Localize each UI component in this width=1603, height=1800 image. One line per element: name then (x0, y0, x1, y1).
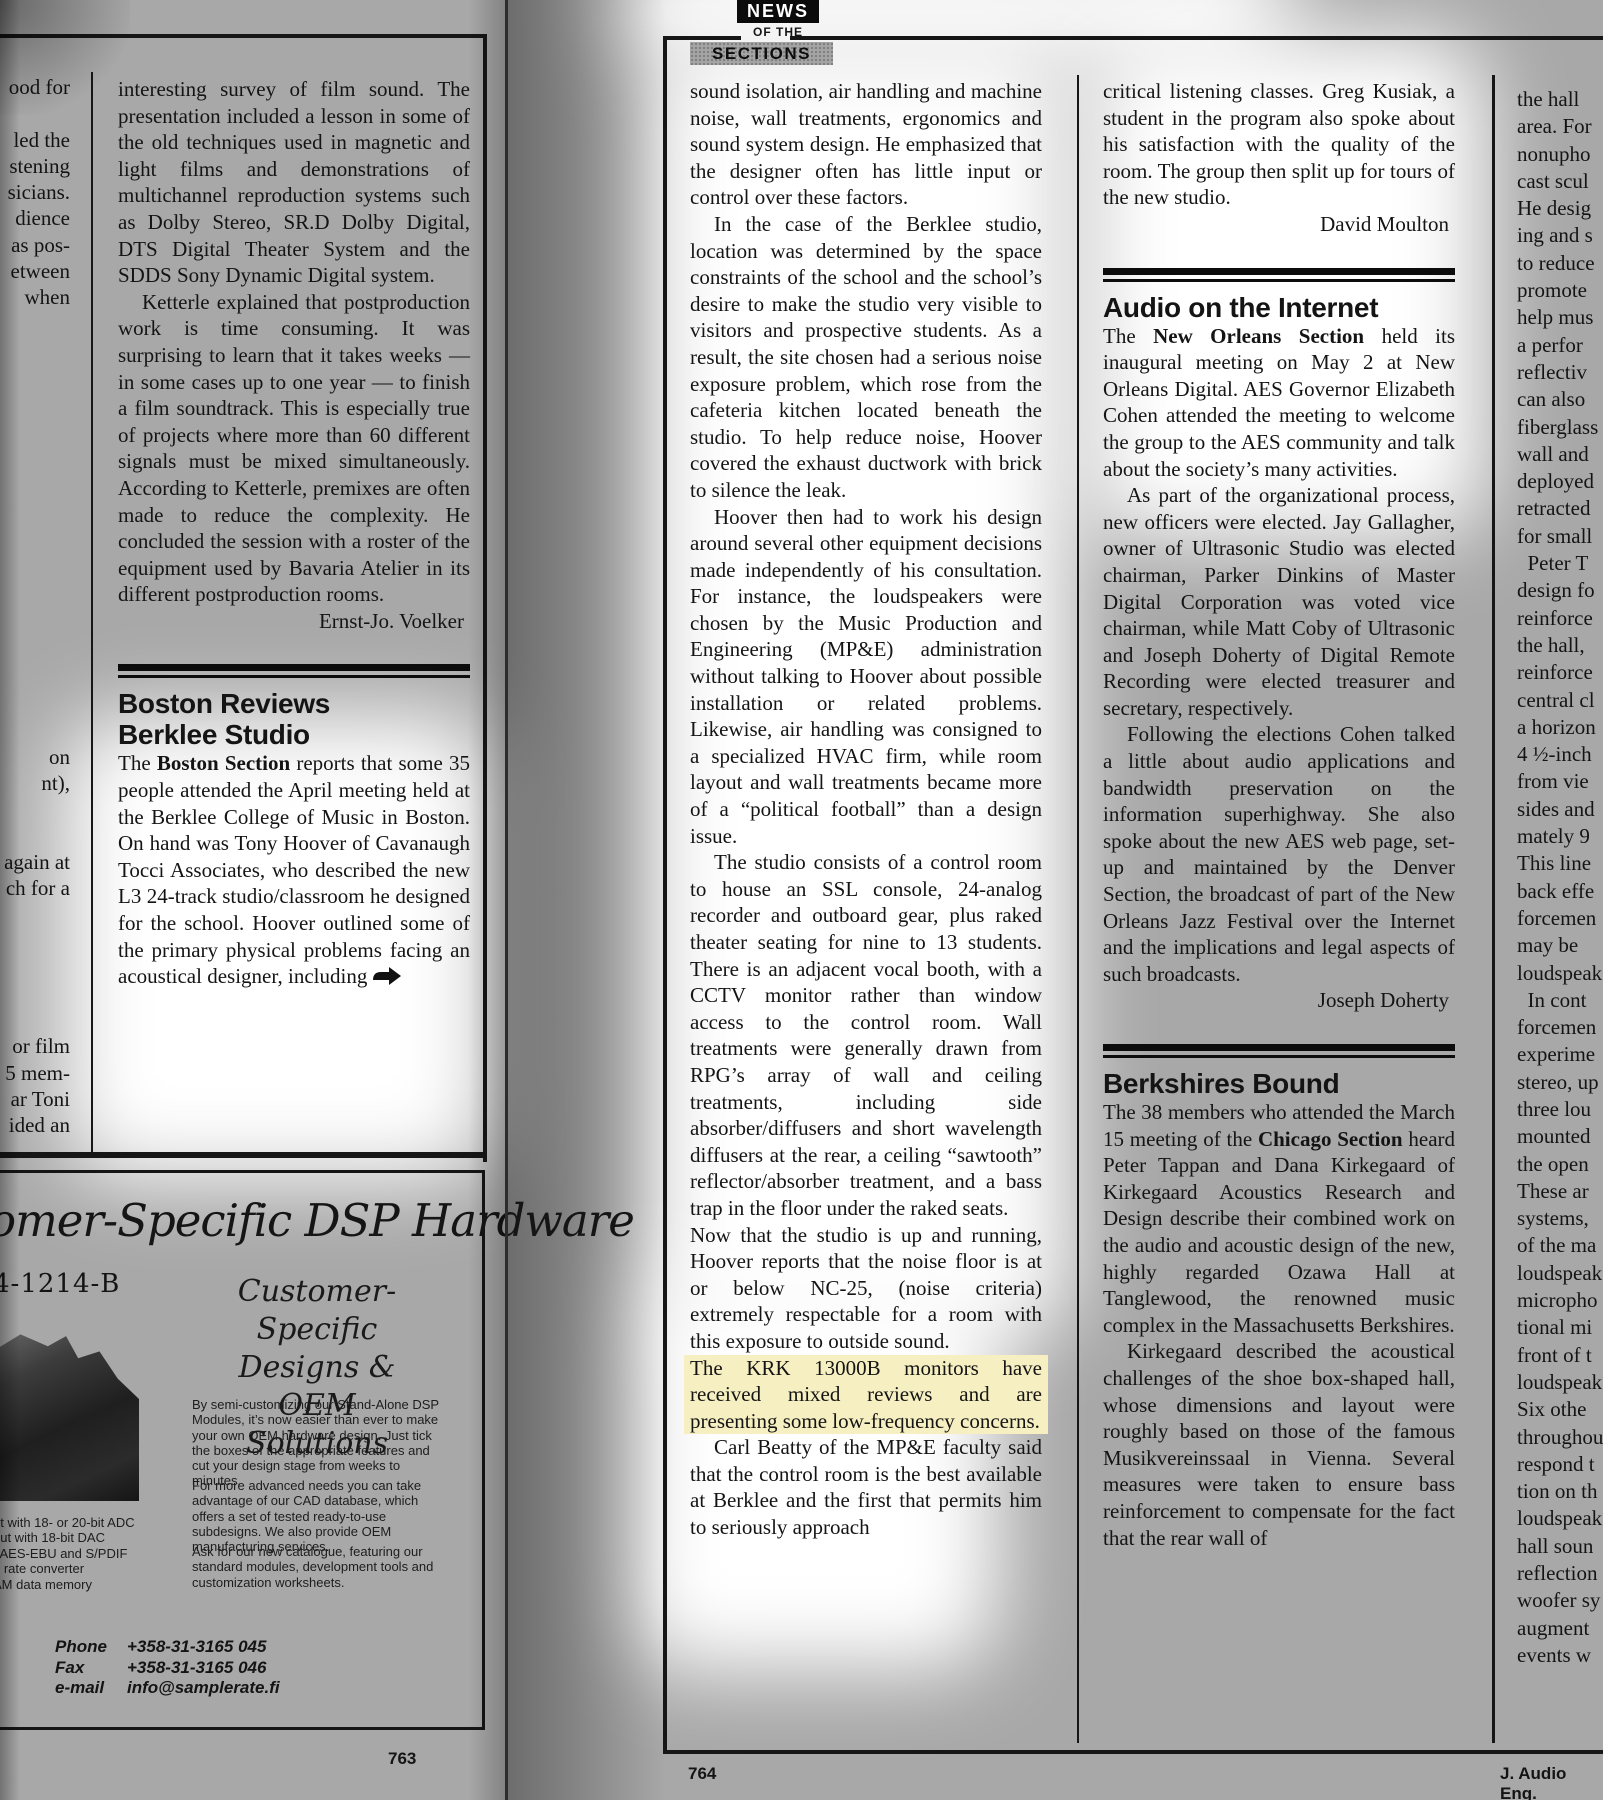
boston-section-title: Boston Reviews Berklee Studio (118, 688, 470, 750)
berkshires-p1-bold: Chicago Section (1258, 1127, 1403, 1151)
byline-joseph-doherty: Joseph Doherty (1103, 987, 1455, 1014)
ad-contact-phone: Phone +358-31-3165 045 (55, 1637, 280, 1658)
page764-left-border (663, 36, 667, 1752)
byline-ernst-jo-voelker: Ernst-Jo. Voelker (118, 608, 470, 635)
column3-fragment-line: This line (1517, 850, 1603, 877)
email-value: info@samplerate.fi (127, 1678, 280, 1699)
section-rule (1103, 1044, 1455, 1058)
phone-value: +358-31-3165 045 (127, 1637, 266, 1658)
article-paragraph: The studio consists of a control room to… (690, 849, 1042, 1221)
page-spine-line (505, 0, 508, 1800)
edge-fragment-line: or film (0, 1033, 70, 1059)
ad-headline: omer-Specific DSP Hardware (0, 1195, 479, 1247)
berkshires-bound-title: Berkshires Bound (1103, 1068, 1455, 1099)
edge-fragment-line (0, 902, 70, 928)
column3-fragment-line: deployed (1517, 468, 1603, 495)
edge-fragment-line: ided an (0, 1112, 70, 1138)
page763-main-column: interesting survey of film sound. The pr… (118, 76, 470, 990)
edge-fragment-line: as pos- (0, 232, 70, 258)
ad-feature-line: put with 18-bit DAC (0, 1530, 188, 1545)
krk-highlighted-sentence: The KRK 13000B monitors have received mi… (690, 1355, 1042, 1435)
ad-contact-fax: Fax +358-31-3165 046 (55, 1658, 280, 1679)
edge-fragment-line (0, 1007, 70, 1033)
byline-david-moulton: David Moulton (1103, 211, 1455, 238)
ad-feature-line: ut with 18- or 20-bit ADC (0, 1515, 188, 1530)
column3-fragment-line: three lou (1517, 1096, 1603, 1123)
sections-banner: SECTIONS (690, 42, 833, 65)
edge-fragment-line: 5 mem- (0, 1060, 70, 1086)
page764-column-rule-2 (1492, 75, 1495, 1743)
boston-body-bold: Boston Section (157, 751, 290, 775)
page763-top-border (0, 34, 487, 38)
news-banner: NEWS (737, 0, 819, 23)
edge-fragment-line (0, 981, 70, 1007)
section-rule (118, 664, 470, 678)
column3-fragment-line: fiberglass (1517, 414, 1603, 441)
page764-top-border-left (663, 36, 741, 40)
column3-fragment-line: reflectiv (1517, 359, 1603, 386)
edge-fragment-line (0, 100, 70, 126)
edge-fragment-line: stening (0, 153, 70, 179)
edge-fragment-line: ood for (0, 74, 70, 100)
column3-fragment-line: loudspeak (1517, 1260, 1603, 1287)
column3-fragment-line: forcemen (1517, 1014, 1603, 1041)
column3-fragment-line: loudspeak (1517, 1505, 1603, 1532)
ad-feature-line: AM data memory (0, 1577, 188, 1592)
edge-fragment-line: led the (0, 127, 70, 153)
audio-internet-paragraph: As part of the organizational process, n… (1103, 482, 1455, 721)
column3-fragment-line: design fo (1517, 577, 1603, 604)
column3-fragment-line: help mus (1517, 304, 1603, 331)
page763-edge-fragments-top: ood forled thesteningsicians.dienceas po… (0, 74, 70, 311)
column3-fragment-line: stereo, up (1517, 1069, 1603, 1096)
boston-section-body: The Boston Section reports that some 35 … (118, 750, 470, 989)
edge-fragment-line: ch for a (0, 875, 70, 901)
ad-model-number: 4-1214-B (0, 1273, 120, 1295)
ad-script-line1: Customer- Specific (197, 1273, 437, 1349)
column3-fragment-line: loudspeak (1517, 960, 1603, 987)
ad-contact-email: e-mail info@samplerate.fi (55, 1678, 280, 1699)
page763-right-border (483, 34, 487, 1162)
edge-fragment-line: nt), (0, 770, 70, 796)
phone-label: Phone (55, 1637, 127, 1658)
continued-arrow-icon (372, 967, 402, 985)
page764-top-border-right (790, 36, 1603, 40)
berkshires-paragraph: Kirkegaard described the acoustical chal… (1103, 1338, 1455, 1551)
audio-p1-bold: New Orleans Section (1153, 324, 1364, 348)
edge-fragment-line (0, 823, 70, 849)
scanned-journal-spread: NEWS OF THE SECTIONS ood forled thesteni… (0, 0, 1603, 1800)
column3-fragment-line: forcemen (1517, 905, 1603, 932)
column3-fragment-line: from vie (1517, 768, 1603, 795)
audio-internet-paragraph: Following the elections Cohen talked a l… (1103, 721, 1455, 987)
column3-fragment-line: central cl (1517, 687, 1603, 714)
ad-feature-line: ; AES-EBU and S/PDIF (0, 1546, 188, 1561)
column3-fragment-line: experime (1517, 1041, 1603, 1068)
edge-fragment-line: sicians. (0, 179, 70, 205)
berkshires-p1-post: heard Peter Tappan and Dana Kirkegaard o… (1103, 1127, 1455, 1337)
page764-column3-fragments: the hallarea. Fornonuphocast sculHe desi… (1517, 86, 1603, 1669)
column3-fragment-line: micropho (1517, 1287, 1603, 1314)
column3-fragment-line: the open (1517, 1151, 1603, 1178)
column3-fragment-line: can also (1517, 386, 1603, 413)
column3-fragment-line: systems, (1517, 1205, 1603, 1232)
column3-fragment-line: reinforce (1517, 605, 1603, 632)
edge-fragment-line: ar Toni (0, 1086, 70, 1112)
ad-contact-block: Phone +358-31-3165 045 Fax +358-31-3165 … (55, 1637, 280, 1699)
column3-fragment-line: back effe (1517, 878, 1603, 905)
column3-fragment-line: Six othe (1517, 1396, 1603, 1423)
page764-column1: sound isolation, air handling and machin… (690, 78, 1042, 1541)
column3-fragment-line: mately 9 (1517, 823, 1603, 850)
edge-fragment-line: when (0, 284, 70, 310)
boston-title-line1: Boston Reviews (118, 688, 470, 719)
column3-fragment-line: may be (1517, 932, 1603, 959)
column3-fragment-line: He desig (1517, 195, 1603, 222)
edge-fragment-line: dience (0, 205, 70, 231)
dsp-module-photo (0, 1331, 139, 1501)
edge-fragment-line: etween (0, 258, 70, 284)
article-paragraph: interesting survey of film sound. The pr… (118, 76, 470, 289)
berkshires-paragraph: The 38 members who attended the March 15… (1103, 1099, 1455, 1338)
column3-fragment-line: In cont (1517, 987, 1603, 1014)
column3-fragment-line: events w (1517, 1642, 1603, 1669)
fax-label: Fax (55, 1658, 127, 1679)
audio-internet-paragraph: The New Orleans Section held its inaugur… (1103, 323, 1455, 483)
ad-paragraph: Ask for our new catalogue, featuring our… (192, 1544, 444, 1590)
column3-fragment-line: wall and (1517, 441, 1603, 468)
edge-fragment-line (0, 954, 70, 980)
column3-fragment-line: a horizon (1517, 714, 1603, 741)
ad-paragraph: For more advanced needs you can take adv… (192, 1478, 444, 1554)
ad-feature-fragments: ut with 18- or 20-bit ADCput with 18-bit… (0, 1515, 188, 1592)
column3-fragment-line: mounted (1517, 1123, 1603, 1150)
boston-body-post: reports that some 35 people attended the… (118, 751, 470, 988)
column3-fragment-line: promote (1517, 277, 1603, 304)
column3-fragment-line: Peter T (1517, 550, 1603, 577)
column3-fragment-line: sides and (1517, 796, 1603, 823)
column3-fragment-line: for small (1517, 523, 1603, 550)
fax-value: +358-31-3165 046 (127, 1658, 266, 1679)
column3-fragment-line: augment (1517, 1615, 1603, 1642)
column3-fragment-line: throughou (1517, 1424, 1603, 1451)
column3-fragment-line: ing and s (1517, 222, 1603, 249)
column3-fragment-line: tion on th (1517, 1478, 1603, 1505)
column3-fragment-line: reinforce (1517, 659, 1603, 686)
column3-fragment-line: a perfor (1517, 332, 1603, 359)
column3-fragment-line: front of t (1517, 1342, 1603, 1369)
article-paragraph: Now that the studio is up and running, H… (690, 1222, 1042, 1355)
column3-fragment-line: hall soun (1517, 1533, 1603, 1560)
page763-section-end-rule (0, 1152, 487, 1158)
page-number-763: 763 (388, 1749, 416, 1769)
column3-fragment-line: cast scul (1517, 168, 1603, 195)
of-the-label: OF THE (733, 26, 823, 39)
page-number-764: 764 (688, 1764, 716, 1784)
edge-fragment-line: on (0, 744, 70, 770)
column3-fragment-line: the hall (1517, 86, 1603, 113)
page764-column-rule-1 (1077, 75, 1079, 1743)
edge-fragment-line (0, 797, 70, 823)
email-label: e-mail (55, 1678, 127, 1699)
edge-fragment-line: again at (0, 849, 70, 875)
audio-p1-pre: The (1103, 324, 1153, 348)
ad-paragraph: By semi-customizing our Stand-Alone DSP … (192, 1397, 444, 1489)
edge-fragment-line (0, 928, 70, 954)
column3-fragment-line: tional mi (1517, 1314, 1603, 1341)
audio-internet-title: Audio on the Internet (1103, 292, 1455, 323)
dsp-hardware-ad: omer-Specific DSP Hardware 4-1214-B Cust… (0, 1170, 485, 1730)
column3-fragment-line: of the ma (1517, 1232, 1603, 1259)
column3-fragment-line: woofer sy (1517, 1587, 1603, 1614)
article-paragraph: Ketterle explained that postproduction w… (118, 289, 470, 608)
column3-fragment-line: loudspeak (1517, 1369, 1603, 1396)
column3-fragment-line: the hall, (1517, 632, 1603, 659)
page764-bottom-border (663, 1750, 1603, 1754)
article-paragraph: Carl Beatty of the MP&E faculty said tha… (690, 1434, 1042, 1540)
journal-footer: J. Audio Eng. (1500, 1764, 1603, 1800)
article-paragraph: In the case of the Berklee studio, locat… (690, 211, 1042, 504)
page763-edge-fragments-bottom: onnt),again atch for aor film5 mem-ar To… (0, 744, 70, 1138)
section-rule (1103, 268, 1455, 282)
article-paragraph: sound isolation, air handling and machin… (690, 78, 1042, 211)
column3-fragment-line: to reduce (1517, 250, 1603, 277)
column3-fragment-line: respond t (1517, 1451, 1603, 1478)
boston-body-pre: The (118, 751, 157, 775)
column3-fragment-line: nonupho (1517, 141, 1603, 168)
column3-fragment-line: reflection (1517, 1560, 1603, 1587)
column3-fragment-line: 4 ½-inch (1517, 741, 1603, 768)
column3-fragment-line: area. For (1517, 113, 1603, 140)
article-paragraph: critical listening classes. Greg Kusiak,… (1103, 78, 1455, 211)
ad-feature-line: e rate converter (0, 1561, 188, 1576)
column3-fragment-line: These ar (1517, 1178, 1603, 1205)
boston-title-line2: Berklee Studio (118, 719, 470, 750)
page764-column2: critical listening classes. Greg Kusiak,… (1103, 78, 1455, 1551)
article-paragraph: Hoover then had to work his design aroun… (690, 504, 1042, 850)
page763-column-rule (91, 72, 93, 1154)
column3-fragment-line: retracted (1517, 495, 1603, 522)
